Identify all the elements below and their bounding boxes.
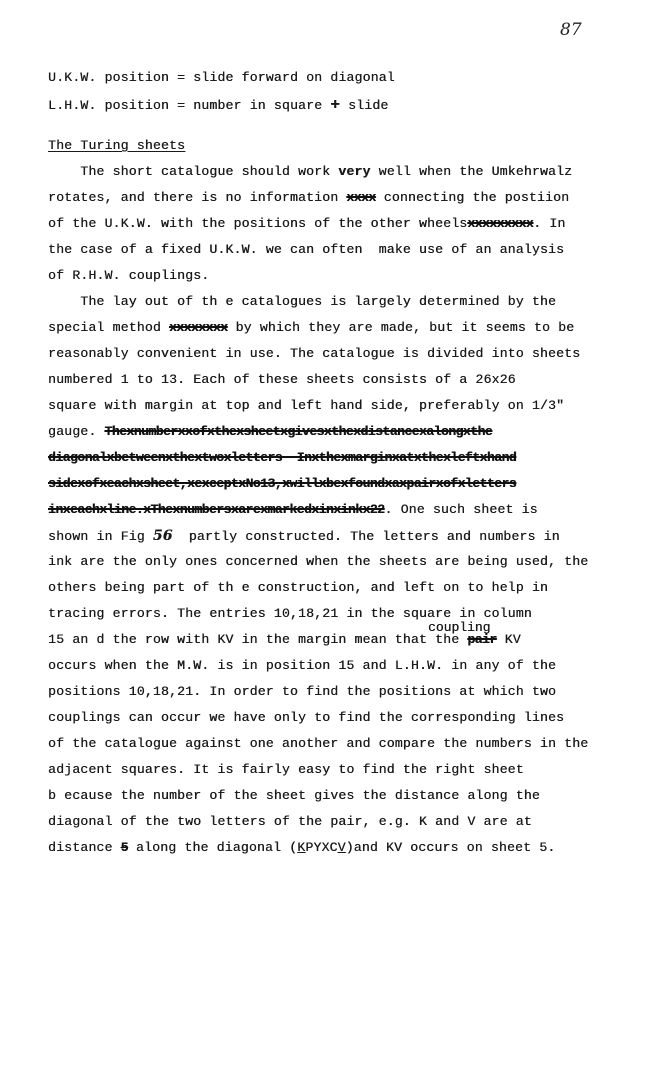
text-line: the case of a fixed U.K.W. we can often …	[48, 242, 564, 258]
text-line: inxeachxline.xThexnumbersxarexmarkedxinx…	[48, 502, 538, 518]
page-number: 87	[560, 20, 582, 40]
text-line: b ecause the number of the sheet gives t…	[48, 788, 540, 804]
text-line: reasonably convenient in use. The catalo…	[48, 346, 580, 362]
text-line: gauge. Thexnumberxxofxthexsheetxgivesxth…	[48, 424, 492, 440]
text-line: occurs when the M.W. is in position 15 a…	[48, 658, 556, 674]
text-line: numbered 1 to 13. Each of these sheets c…	[48, 372, 516, 388]
text-line: positions 10,18,21. In order to find the…	[48, 684, 556, 700]
text-line: couplings can occur we have only to find…	[48, 710, 564, 726]
text-line: adjacent squares. It is fairly easy to f…	[48, 762, 524, 778]
text-line: sidexofxeachxsheet,xexceptxNo13,xwillxbe…	[48, 476, 516, 492]
intro-text: slide forward on diagonal	[185, 70, 395, 85]
equals-symbol: =	[177, 70, 185, 85]
struck-text: pair	[467, 632, 496, 647]
text-line: The short catalogue should work very wel…	[48, 164, 572, 180]
text-line: diagonalxbetweenxthextwoxletters Inxthex…	[48, 450, 516, 466]
struck-text: diagonalxbetweenxthextwoxletters Inxthex…	[48, 450, 516, 465]
section-heading: The Turing sheets	[48, 138, 185, 154]
text-line: distance 5 along the diagonal (KPYXCV)an…	[48, 840, 555, 856]
struck-text: xxxx	[346, 190, 375, 205]
plus-symbol: +	[330, 96, 340, 114]
text-line: ink are the only ones concerned when the…	[48, 554, 588, 570]
struck-text: xxxxxxxx	[169, 320, 228, 335]
handwritten-figure-number: 56	[153, 528, 173, 544]
text-line: diagonal of the two letters of the pair,…	[48, 814, 532, 830]
text-line: others being part of th e construction, …	[48, 580, 548, 596]
struck-text: sidexofxeachxsheet,xexceptxNo13,xwillxbe…	[48, 476, 516, 491]
equals-symbol: =	[177, 98, 185, 113]
intro-line-ukw: U.K.W. position = slide forward on diago…	[48, 70, 395, 86]
intro-text: slide	[340, 98, 388, 113]
text-line: square with margin at top and left hand …	[48, 398, 564, 414]
struck-text: Thexnumberxxofxthexsheetxgivesxthexdista…	[104, 424, 492, 439]
text-line: 15 an d the row with KV in the margin me…	[48, 632, 521, 648]
overstruck-number: 5	[121, 840, 128, 855]
struck-text: xxxxxxxxx	[467, 216, 533, 231]
text-line: special method xxxxxxxx by which they ar…	[48, 320, 574, 336]
intro-text: U.K.W. position	[48, 70, 177, 85]
text-line: of the U.K.W. with the positions of the …	[48, 216, 565, 232]
intro-text: number in square	[185, 98, 330, 113]
text-line: The lay out of th e catalogues is largel…	[48, 294, 556, 310]
struck-text: inxeachxline.xThexnumbersxarexmarkedxinx…	[48, 502, 384, 517]
text-line: shown in Fig 56 partly constructed. The …	[48, 528, 560, 545]
text-line: rotates, and there is no information xxx…	[48, 190, 569, 206]
intro-line-lhw: L.H.W. position = number in square + sli…	[48, 97, 388, 114]
text-line: of the catalogue against one another and…	[48, 736, 588, 752]
text-line: of R.H.W. couplings.	[48, 268, 209, 284]
intro-text: L.H.W. position	[48, 98, 177, 113]
